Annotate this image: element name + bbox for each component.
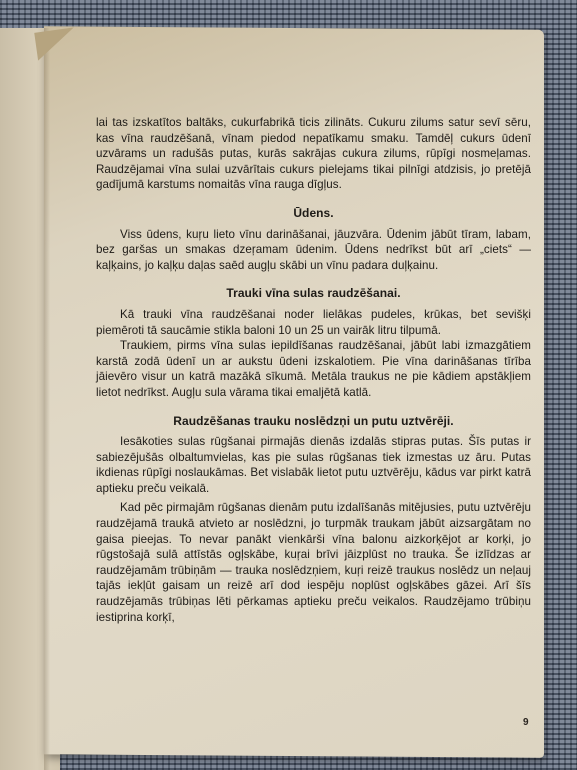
closures-paragraph-1: Iesākoties sulas rūgšanai pirmajās dienā… <box>96 434 531 496</box>
section-heading-vessels: Trauki vīna sulas raudzēšanai. <box>96 286 531 302</box>
page-spine-shadow <box>44 28 50 770</box>
section-heading-closures: Raudzēšanas trauku noslēdzņi un putu uzt… <box>96 414 531 430</box>
vessels-paragraph-2: Traukiem, pirms vīna sulas iepildīšanas … <box>96 338 531 400</box>
closures-paragraph-2: Kad pēc pirmajām rūgšanas dienām putu iz… <box>96 500 531 625</box>
intro-paragraph: lai tas izskatītos baltāks, cukurfabrikā… <box>96 115 531 193</box>
page-text: lai tas izskatītos baltāks, cukurfabrikā… <box>96 115 531 625</box>
vessels-paragraph-1: Kā trauki vīna raudzēšanai noder lielāka… <box>96 307 531 338</box>
page-number: 9 <box>523 717 529 728</box>
folded-corner <box>34 27 78 60</box>
section-heading-water: Ūdens. <box>96 206 531 222</box>
water-paragraph: Viss ūdens, kuŗu lieto vīnu darināšanai,… <box>96 227 531 274</box>
